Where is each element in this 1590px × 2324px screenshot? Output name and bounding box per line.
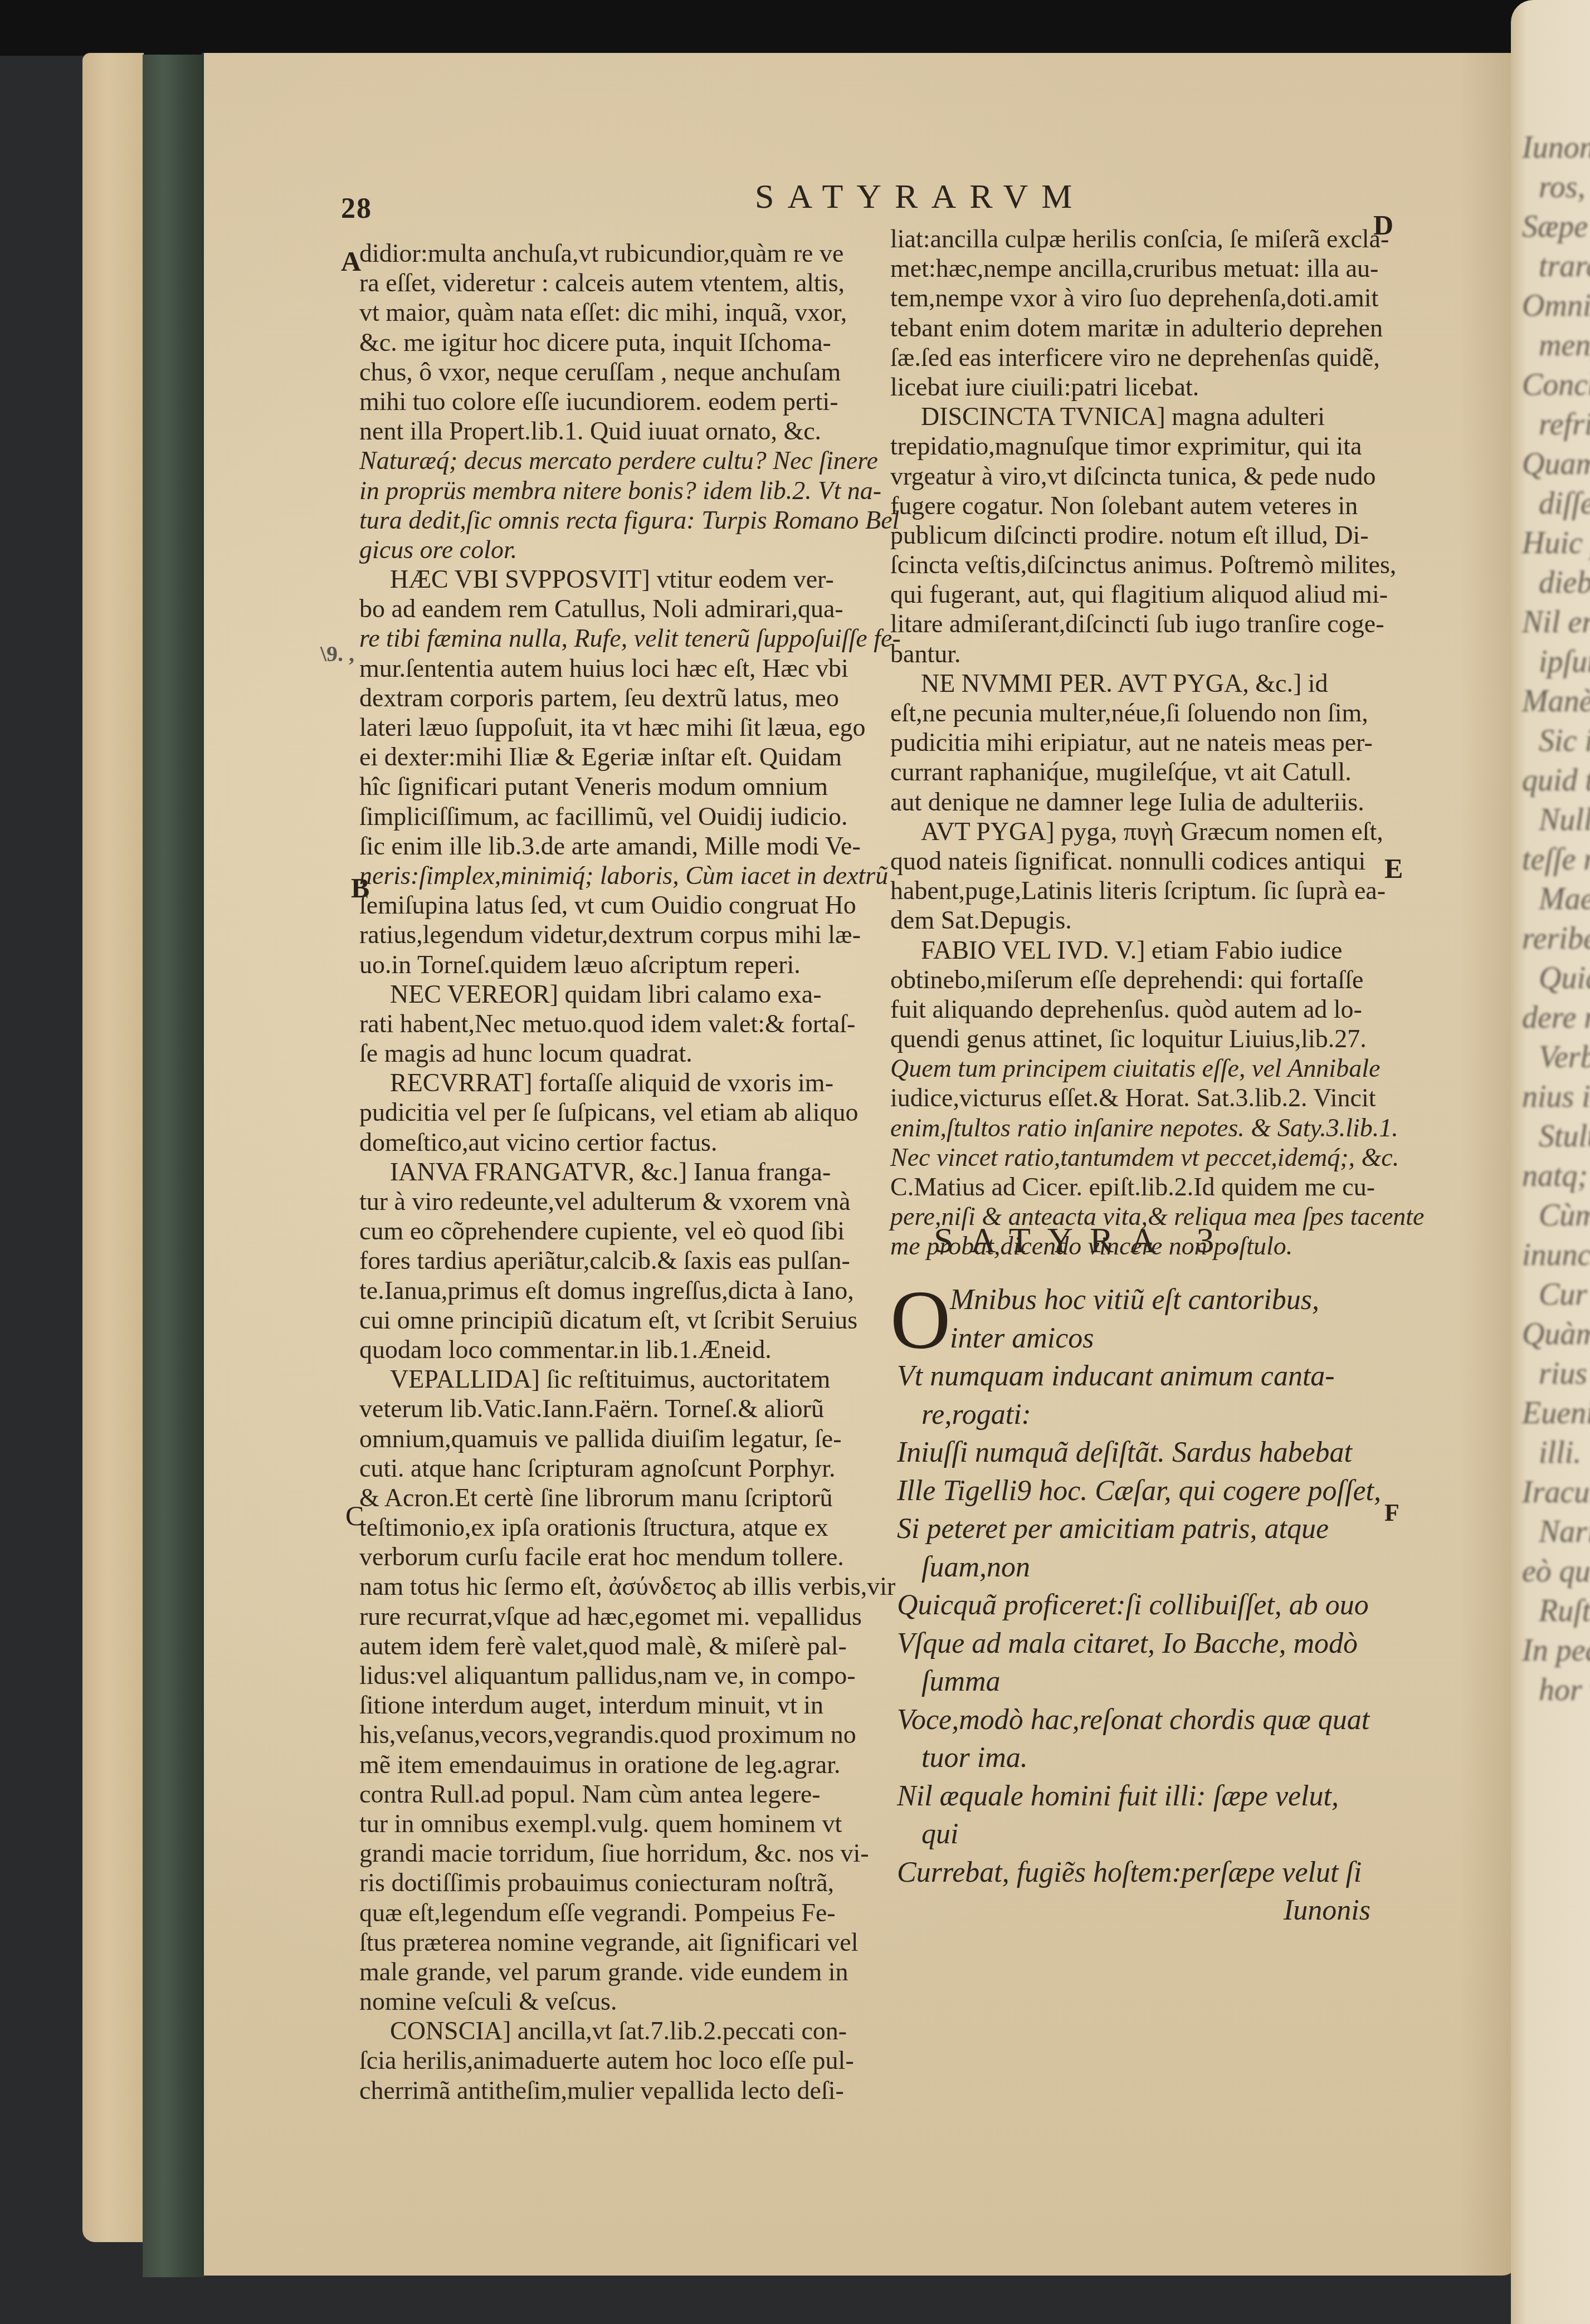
- text-line: ſe magis ad hunc locum quadrat.: [359, 1038, 877, 1068]
- text-line: nomine veſculi & veſcus.: [359, 1986, 877, 2016]
- text-line: liat:ancilla culpæ herilis conſcia, ſe m…: [890, 224, 1375, 253]
- verse-line: ſuam,non: [897, 1549, 1382, 1587]
- next-page-line: Ruſticius t: [1522, 1591, 1590, 1631]
- text-line: domeſtico,aut vicino certior factus.: [359, 1127, 877, 1157]
- text-line: eſt,ne pecunia multer,néue,ſi ſoluendo n…: [890, 698, 1375, 728]
- text-line: autem idem ferè valet,quod malè, & miſer…: [359, 1631, 877, 1661]
- text-line: ſemiſupina latus ſed, vt cum Ouidio cong…: [359, 890, 877, 920]
- next-page-line: ros,: [1522, 168, 1590, 207]
- next-page-line: diſſes: [1522, 484, 1590, 524]
- next-page-line: teſſe mini: [1522, 840, 1590, 880]
- next-page-line: Iunonis ſac: [1522, 128, 1590, 168]
- page-number: 28: [341, 192, 372, 225]
- next-page-line: Nullũne ha: [1522, 800, 1590, 840]
- next-page-line: dere mebi: [1522, 998, 1590, 1038]
- margin-letter-a: A: [341, 245, 361, 277]
- verse-line: Iniuſſi numquã deſiſtãt. Sardus habebat: [897, 1434, 1382, 1472]
- text-line: ſtus præterea nomine vegrande, ait ſigni…: [359, 1927, 877, 1957]
- backdrop: [0, 0, 1590, 56]
- left-column-commentary: didior:multa anchuſa,vt rubicundior,quàm…: [359, 238, 877, 2105]
- text-line: male grande, vel parum grande. vide eund…: [359, 1957, 877, 1986]
- text-line: te.Ianua,primus eſt domus ingreſſus,dict…: [359, 1276, 877, 1305]
- text-line: dextram corporis partem, ſeu dextrũ latu…: [359, 683, 877, 712]
- verse-line: re,rogati:: [897, 1396, 1382, 1434]
- next-page-line: Naribus h: [1522, 1512, 1590, 1552]
- text-line: veterum lib.Vatic.Iann.Faërn. Torneſ.& a…: [359, 1394, 877, 1423]
- text-line: verborum curſu facile erat hoc mendum to…: [359, 1542, 877, 1571]
- text-line: nam totus hic ſermo eſt, ἀσύνδετος ab il…: [359, 1571, 877, 1601]
- lemma-line: FABIO VEL IVD. V.] etiam Fabio iudice: [890, 935, 1375, 965]
- next-page-line: eò quòd: [1522, 1552, 1590, 1591]
- verse-line: ſumma: [897, 1663, 1382, 1701]
- text-line: pudicitia mihi eripiatur, aut ne nateis …: [890, 728, 1375, 757]
- next-page-line: Iracundior: [1522, 1473, 1590, 1512]
- text-line: quæ eſt,legendum eſſe vegrandi. Pompeius…: [359, 1898, 877, 1927]
- next-page-line: hor vir: [1522, 1671, 1590, 1710]
- text-line: trepidatio,magnuſque timor exprimitur, q…: [890, 431, 1375, 461]
- text-line: rure recurrat,vſque ad hæc,egomet mi. ve…: [359, 1602, 877, 1631]
- margin-letter-e: E: [1384, 852, 1403, 885]
- next-page-line: Concha ſal: [1522, 365, 1590, 405]
- text-line: uo.in Torneſ.quidem læuo aſcriptum reper…: [359, 950, 877, 979]
- text-line: currant raphaniq́ue, mugileſq́ue, vt ait…: [890, 757, 1375, 787]
- text-line: cum eo cõprehendere cupiente, vel eò quo…: [359, 1216, 877, 1246]
- text-line: cuti. atque hanc ſcripturam agnoſcunt Po…: [359, 1453, 877, 1483]
- next-page-line: Stultus, &: [1522, 1117, 1590, 1156]
- text-line: rati habent,Nec metuo.quod idem valet:& …: [359, 1009, 877, 1038]
- text-line: obtinebo,miſerum eſſe deprehendi: qui fo…: [890, 965, 1375, 994]
- text-line: quendi genus attinet, ſic loquitur Liuiu…: [890, 1024, 1375, 1053]
- text-line: ſcincta veſtis,diſcinctus animus. Poſtre…: [890, 550, 1375, 579]
- text-line: chus, ô vxor, neque ceruſſam , neque anc…: [359, 357, 877, 387]
- text-line: ris doctiſſimis probauimus coniecturam n…: [359, 1868, 877, 1897]
- verse-line: Vſque ad mala citaret, Io Bacche, modò: [897, 1625, 1382, 1663]
- text-line: enim,ſtultos ratio inſanire nepotes. & S…: [890, 1113, 1375, 1143]
- text-line: ſcia herilis,animaduerte autem hoc loco …: [359, 2045, 877, 2075]
- text-line: his,veſanus,vecors,vegrandis.quod proxim…: [359, 1720, 877, 1749]
- text-line: cherrimã antitheſim,mulier vepallida lec…: [359, 2076, 877, 2105]
- text-line: mihi tuo colore eſſe iucundiorem. eodem …: [359, 387, 877, 416]
- next-page-edge: Iunonis ſac ros, Sæpe decem trarcha Omni…: [1511, 0, 1590, 2324]
- next-page-line: Euenit, inq: [1522, 1394, 1590, 1433]
- text-line: ſic enim ille lib.3.de arte amandi, Mill…: [359, 831, 877, 861]
- text-line: cui omne principiũ dicatum eſt, vt ſcrib…: [359, 1305, 877, 1335]
- next-page-line: trarcha: [1522, 247, 1590, 286]
- next-page-line: illi.: [1522, 1433, 1590, 1473]
- text-line: fores tardius aperiãtur,calcib.& ſaxis e…: [359, 1246, 877, 1275]
- text-line: gicus ore color.: [359, 535, 877, 564]
- next-page-line: Cùm tua p: [1522, 1196, 1590, 1236]
- next-page-line: Nil erat im: [1522, 603, 1590, 642]
- text-line: hîc ſignificari putant Veneris modum omn…: [359, 772, 877, 801]
- next-page-line: Quidam ait: [1522, 959, 1590, 998]
- next-page-line: quid tur: [1522, 761, 1590, 800]
- text-line: litare admiſerant,diſcincti ſub iugo tra…: [890, 609, 1375, 638]
- verse-line: Currebat, fugiẽs hoſtem:perſæpe velut ſi: [897, 1854, 1382, 1892]
- text-line: tebant enim dotem maritæ in adulterio de…: [890, 313, 1375, 343]
- next-page-line: Quamuis d: [1522, 445, 1590, 484]
- next-page-text: Iunonis ſac ros, Sæpe decem trarcha Omni…: [1522, 128, 1590, 1710]
- page-stack-edge: [143, 55, 204, 2277]
- verse-line: Vt numquam inducant animum canta-: [897, 1358, 1382, 1396]
- text-line: tur in omnibus exempl.vulg. quem hominem…: [359, 1809, 877, 1838]
- next-page-line: ipſum: [1522, 642, 1590, 682]
- text-line: grandi macie torridum, ſiue horridum, &c…: [359, 1838, 877, 1868]
- verse-line: Quicquã proficeret:ſi collibuiſſet, ab o…: [897, 1586, 1382, 1625]
- next-page-line: nius inqui: [1522, 1077, 1590, 1117]
- verse-line: inter amicos: [897, 1320, 1382, 1358]
- next-page-line: Sæpe decem: [1522, 207, 1590, 247]
- text-line: re tibi fæmina nulla, Rufe, velit tenerũ…: [359, 623, 877, 653]
- text-line: tura dedit,ſic omnis recta figura: Turpi…: [359, 505, 877, 535]
- text-line: met:hæc,nempe ancilla,cruribus metuat: i…: [890, 253, 1375, 283]
- lemma-line: NEC VEREOR] quidam libri calamo exa-: [359, 979, 877, 1009]
- text-line: ra eſſet, videretur : calceis autem vten…: [359, 268, 877, 297]
- text-line: quod nateis ſignificat. nonnulli codices…: [890, 846, 1375, 876]
- text-line: &c. me igitur hoc dicere puta, inquit Iſ…: [359, 328, 877, 357]
- lemma-line: AVT PYGA] pyga, πυγὴ Græcum nomen eſt,: [890, 817, 1375, 846]
- verse-line: Nil æquale homini fuit illi: ſæpe velut,: [897, 1778, 1382, 1816]
- margin-letter-f: F: [1384, 1498, 1399, 1527]
- lemma-line: NE NVMMI PER. AVT PYGA, &c.] id: [890, 668, 1375, 698]
- text-line: C.Matius ad Cicer. epiſt.lib.2.Id quidem…: [890, 1172, 1375, 1202]
- next-page-line: menſa tr: [1522, 326, 1590, 365]
- lemma-line: HÆC VBI SVPPOSVIT] vtitur eodem ver-: [359, 564, 877, 594]
- text-line: didior:multa anchuſa,vt rubicundior,quàm…: [359, 238, 877, 268]
- text-line: Nec vincet ratio,tantumdem vt peccet,ide…: [890, 1143, 1375, 1172]
- text-line: qui fugerant, aut, qui flagitium aliquod…: [890, 579, 1375, 609]
- text-line: bo ad eandem rem Catullus, Noli admirari…: [359, 594, 877, 623]
- verse-line: Voce,modò hac,reſonat chordis quæ quat: [897, 1701, 1382, 1740]
- binding-edge: [82, 53, 144, 2242]
- next-page-line: Maenius ab: [1522, 880, 1590, 919]
- next-page-line: rius? at t: [1522, 1354, 1590, 1394]
- text-line: in proprüs membra nitere bonis? idem lib…: [359, 476, 877, 505]
- text-line: contra Rull.ad popul. Nam cùm antea lege…: [359, 1779, 877, 1809]
- text-line: Naturæq́; decus mercato perdere cultu? N…: [359, 446, 877, 475]
- text-line: vrgeatur à viro,vt diſcincta tunica, & p…: [890, 461, 1375, 491]
- verse-line: Ille Tigelli9 hoc. Cæſar, qui cogere poſ…: [897, 1472, 1382, 1511]
- next-page-line: diebus: [1522, 563, 1590, 603]
- next-page-line: reribens: [1522, 919, 1590, 959]
- text-line: lidus:vel aliquantum pallidus,nam ve, in…: [359, 1661, 877, 1690]
- next-page-line: Cur in amici: [1522, 1275, 1590, 1315]
- text-line: ratius,legendum videtur,dextrum corpus m…: [359, 920, 877, 949]
- text-line: iudice,victurus eſſet.& Horat. Sat.3.lib…: [890, 1083, 1375, 1112]
- right-column-commentary: liat:ancilla culpæ herilis conſcia, ſe m…: [890, 224, 1375, 1261]
- text-line: vt maior, quàm nata eſſet: dic mihi, inq…: [359, 297, 877, 327]
- text-line: tem,nempe vxor à viro ſuo deprehenſa,dot…: [890, 283, 1375, 313]
- text-line: mur.ſententia autem huius loci hæc eſt, …: [359, 653, 877, 683]
- lemma-line: DISCINCTA TVNICA] magna adulteri: [890, 402, 1375, 431]
- lemma-line: IANVA FRANGATVR, &c.] Ianua franga-: [359, 1157, 877, 1187]
- verse-line: tuor ima.: [897, 1739, 1382, 1778]
- next-page-line: inunctis,: [1522, 1236, 1590, 1275]
- lemma-line: RECVRRAT] fortaſſe aliquid de vxoris im-: [359, 1068, 877, 1097]
- lemma-line: VEPALLIDA] ſic reſtituimus, auctoritatem: [359, 1364, 877, 1394]
- next-page-line: natq; mon: [1522, 1156, 1590, 1196]
- running-head: SATYRARVM: [755, 177, 1085, 217]
- text-line: ſitione interdum auget, interdum minuit,…: [359, 1690, 877, 1720]
- next-page-line: In pede cal: [1522, 1631, 1590, 1671]
- next-page-line: Manè diẽ: [1522, 682, 1590, 721]
- verse-line: Mnibus hoc vitiũ eſt cantoribus,: [897, 1281, 1382, 1320]
- text-line: publicum diſcincti prodire. notum eſt il…: [890, 520, 1375, 550]
- pencil-mark: \9. ,: [320, 641, 354, 667]
- text-line: fugere cogatur. Non ſolebant autem veter…: [890, 491, 1375, 520]
- text-line: omnium,quamuis ve pallida diuiſim legatu…: [359, 1424, 877, 1453]
- satyra-verse-block: Mnibus hoc vitiũ eſt cantoribus, inter a…: [897, 1281, 1382, 1930]
- next-page-line: Huic parc: [1522, 524, 1590, 563]
- text-line: licebat iure ciuili:patri licebat.: [890, 372, 1375, 402]
- text-line: nent illa Propert.lib.1. Quid iuuat orna…: [359, 416, 877, 446]
- text-line: habent,puge,Latinis literis ſcriptum. ſi…: [890, 876, 1375, 905]
- text-line: teſtimonio,ex ipſa orationis ſtructura, …: [359, 1512, 877, 1542]
- text-line: mẽ item emendauimus in oratione de leg.a…: [359, 1750, 877, 1779]
- text-line: aut denique ne damner lege Iulia de adul…: [890, 787, 1375, 817]
- text-line: quodam loco commentar.in lib.1.Æneid.: [359, 1335, 877, 1364]
- text-line: ſimpliciſſimum, ac facillimũ, vel Ouidij…: [359, 802, 877, 831]
- verse-line: Iunonis: [897, 1892, 1382, 1930]
- next-page-line: Omnia ma: [1522, 286, 1590, 326]
- next-page-line: Verba puta: [1522, 1038, 1590, 1077]
- text-line: dem Sat.Depugis.: [890, 905, 1375, 935]
- next-page-line: refrigtur: [1522, 405, 1590, 445]
- text-line: Quem tum principem ciuitatis eſſe, vel A…: [890, 1053, 1375, 1083]
- lemma-line: CONSCIA] ancilla,vt ſat.7.lib.2.peccati …: [359, 2016, 877, 2045]
- verse-line: Si peteret per amicitiam patris, atque: [897, 1510, 1382, 1549]
- next-page-line: Quàm aut: [1522, 1315, 1590, 1354]
- text-line: tur à viro redeunte,vel adulterum & vxor…: [359, 1187, 877, 1216]
- text-line: ei dexter:mihi Iliæ & Egeriæ inſtar eſt.…: [359, 742, 877, 772]
- text-line: & Acron.Et certè ſine librorum manu ſcri…: [359, 1483, 877, 1512]
- text-line: fuit aliquando deprehenſus. quòd autem a…: [890, 994, 1375, 1024]
- text-line: ſæ.ſed eas interficere viro ne deprehenſ…: [890, 343, 1375, 372]
- verse-line: qui: [897, 1815, 1382, 1854]
- text-line: lateri læuo ſuppoſuit, ita vt hæc mihi ſ…: [359, 712, 877, 742]
- text-line: neris:ſimplex,minimiq́; laboris, Cùm iac…: [359, 861, 877, 890]
- text-line: bantur.: [890, 639, 1375, 668]
- satyra-heading: SATYRA 3.: [934, 1220, 1256, 1261]
- next-page-line: Sic impar: [1522, 721, 1590, 761]
- text-line: pudicitia vel per ſe ſuſpicans, vel etia…: [359, 1097, 877, 1127]
